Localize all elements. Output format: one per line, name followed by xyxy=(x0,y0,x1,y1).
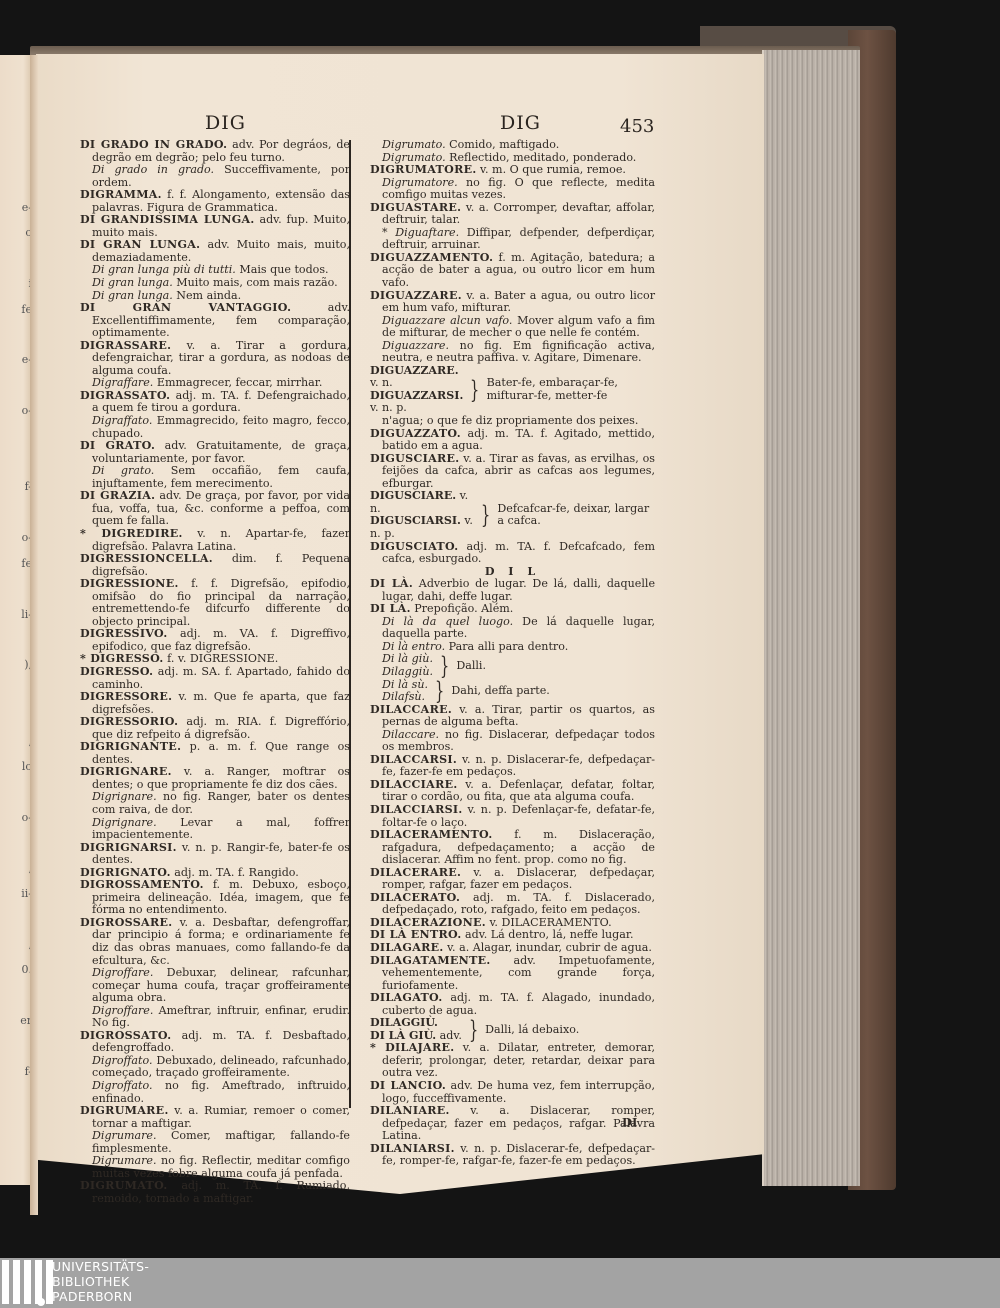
grouped-headwords: DIGUAZZARE. v. n.DIGUAZZARSI. v. n. p. xyxy=(370,365,463,415)
headword: DI LÀ ENTRO. xyxy=(370,928,462,941)
sub-entry: Digroffare. Debuxar, delinear, rafcunhar… xyxy=(80,967,350,1005)
sub-entry: Digraffato. Emmagrecido, feito magro, fe… xyxy=(80,415,350,440)
headword: DI GRATO. xyxy=(80,439,155,452)
headword: DIGRESSIONCELLA. xyxy=(80,552,213,565)
headword: DILANIARE. xyxy=(370,1104,450,1117)
headword: DIGRESSIVO. xyxy=(80,627,168,640)
brace-glyph: } xyxy=(481,505,490,525)
dictionary-entry: DILACCIARSI. v. n. p. Defenlaçar-fe, def… xyxy=(370,804,655,829)
facing-page: e- o i fe e- o- f- o- fe li- ), , lo o- … xyxy=(0,55,33,1185)
headword: DILACERAMENTO. xyxy=(370,828,493,841)
definition: v. DILACERAMENTO. xyxy=(486,916,612,929)
sub-entry: Di grato. Sem occafião, fem caufa, injuf… xyxy=(80,465,350,490)
definition: Dalli. xyxy=(456,660,486,673)
dictionary-entry: DI GRADO IN GRADO. adv. Por degráos, de … xyxy=(80,139,350,164)
headword: DIGUAZZATO. xyxy=(370,427,461,440)
definition: Bater-fe, embaraçar-fe, mifturar-fe, met… xyxy=(487,377,655,402)
headword: DILAGATAMENTE. xyxy=(370,954,491,967)
dictionary-entry: DIGRESSIONE. f. f. Digrefsão, epifodio, … xyxy=(80,578,350,628)
grouped-headwords: DIGUSCIARE. v. n.DIGUSCIARSI. v. n. p. xyxy=(370,490,474,540)
dictionary-entry: DIGUAZZARE. v. a. Bater a agua, ou outro… xyxy=(370,290,655,315)
grouped-headwords: DILAGGIÙ.DI LÀ GIÙ. adv. xyxy=(370,1017,462,1042)
headword: DIGUAZZARSI. xyxy=(370,389,463,402)
sub-entry: Diguazzare alcun vafo. Mover algum vafo … xyxy=(370,315,655,340)
running-head-left: DIG xyxy=(205,112,246,134)
italic-phrase: Digroffato. xyxy=(92,1079,152,1092)
definition: Defcafcar-fe, deixar, largar a cafca. xyxy=(497,503,655,528)
italic-phrase: Digroffato. xyxy=(92,1054,152,1067)
headword: DILACERATO. xyxy=(370,891,460,904)
sub-entry: Dilaccare. no fig. Dislacerar, defpedaça… xyxy=(370,729,655,754)
sub-entry: Di là da quel luogo. De lá daquelle luga… xyxy=(370,616,655,641)
dictionary-entry: DI GRATO. adv. Gratuitamente, de graça, … xyxy=(80,440,350,465)
dictionary-entry: DI LANCIO. adv. De huma vez, fem interru… xyxy=(370,1080,655,1105)
headword: DIGRIGNARE. xyxy=(80,765,172,778)
brace-glyph: } xyxy=(470,380,479,400)
dictionary-entry: * DIGREDIRE. v. n. Apartar-fe, fazer dig… xyxy=(80,528,350,553)
page-fore-edge xyxy=(762,50,860,1186)
headword: DI GRANDISSIMA LUNGA. xyxy=(80,213,255,226)
right-column: Digrumato. Comido, maftigado.Digrumato. … xyxy=(370,139,655,1168)
brace-glyph: } xyxy=(435,681,444,701)
headword: DI LÀ. xyxy=(370,602,411,615)
grouped-sub-entry: Di là sù.Dilafsù.}Dahi, deffa parte. xyxy=(370,679,655,704)
definition: Adverbio de lugar. De lá, dalli, daquell… xyxy=(382,577,655,603)
grouped-entry: DIGUSCIARE. v. n.DIGUSCIARSI. v. n. p.}D… xyxy=(370,490,655,540)
dictionary-entry: DIGRAMMA. f. f. Alongamento, extensão da… xyxy=(80,189,350,214)
headword: DIGROSSARE. xyxy=(80,916,172,929)
headword: DI GRAN VANTAGGIO. xyxy=(80,301,291,314)
headword-line: DIGUAZZARE. v. n. xyxy=(370,365,463,390)
italic-phrase: Dilaggiù. xyxy=(382,666,433,679)
headword: DIGRIGNANTE. xyxy=(80,740,181,753)
headword: DIGUSCIARE. xyxy=(370,489,456,502)
definition: Emmagrecer, feccar, mirrhar. xyxy=(153,376,322,389)
italic-phrase: * Diguaftare. xyxy=(382,226,459,239)
definition: Reflectido, meditado, ponderado. xyxy=(446,151,637,164)
sub-entry: Diguazzare. no fig. Em fignificação acti… xyxy=(370,340,655,365)
footer-bar xyxy=(0,1258,1000,1308)
logo-line-1: UNIVERSITÄTS- xyxy=(52,1259,149,1274)
headword: DIGRIGNATO. xyxy=(80,866,171,879)
italic-phrase: Diguazzare alcun vafo. xyxy=(382,314,512,327)
headword: DIGRESSO. xyxy=(80,665,153,678)
grouped-sub-entry: Di là giù.Dilaggiù.}Dalli. xyxy=(370,653,655,678)
definition: Muito mais, com mais razão. xyxy=(173,276,338,289)
italic-phrase: Digrignare. xyxy=(92,790,157,803)
dictionary-entry: DIGRASSATO. adj. m. TA. f. Defengraichad… xyxy=(80,390,350,415)
column-rule xyxy=(349,140,351,1108)
italic-phrase: Di gran lunga più di tutti. xyxy=(92,263,236,276)
headword: DIGUSCIARE. xyxy=(370,452,459,465)
italic-phrase: Digroffare. xyxy=(92,1004,153,1017)
headword: DIGRASSATO. xyxy=(80,389,170,402)
grammar: adv. xyxy=(436,1029,462,1042)
headword: DILAGARE. xyxy=(370,941,444,954)
dictionary-entry: DIGRESSO. adj. m. SA. f. Apartado, fahid… xyxy=(80,666,350,691)
italic-phrase: Digraffare. xyxy=(92,376,153,389)
dictionary-entry: DILANIARE. v. a. Dislacerar, romper, def… xyxy=(370,1105,655,1143)
headword: DIGUAZZAMENTO. xyxy=(370,251,493,264)
headword: DIGROSSAMENTO. xyxy=(80,878,204,891)
headword: DIGRAMMA. xyxy=(80,188,162,201)
library-logo-icon xyxy=(2,1260,53,1306)
dictionary-entry: DILACCARE. v. a. Tirar, partir os quarto… xyxy=(370,704,655,729)
definition: Prepofição. Além. xyxy=(411,602,514,615)
headword-line: DIGUAZZARSI. v. n. p. xyxy=(370,390,463,415)
dictionary-entry: DI LÀ. Adverbio de lugar. De lá, dalli, … xyxy=(370,578,655,603)
dictionary-entry: DILACCARSI. v. n. p. Dislacerar-fe, defp… xyxy=(370,754,655,779)
dictionary-entry: DIGROSSARE. v. a. Desbaftar, defengroffa… xyxy=(80,917,350,967)
headword: DIGUSCIATO. xyxy=(370,540,458,553)
sub-entry: Digrumare. no fig. Reflectir, meditar co… xyxy=(80,1155,350,1180)
definition: adv. Lá dentro, lá, neffe lugar. xyxy=(462,928,634,941)
grouped-phrases: Di là sù.Dilafsù. xyxy=(382,679,428,704)
dictionary-entry: * DILAJARE. v. a. Dilatar, entreter, dem… xyxy=(370,1042,655,1080)
headword: DILACCARSI. xyxy=(370,753,457,766)
headword: DIGUAZZARE. xyxy=(370,364,459,377)
dictionary-entry: DIGRIGNARE. v. a. Ranger, moftrar os den… xyxy=(80,766,350,791)
sub-entry: Digroffato. no fig. Ameftrado, inftruido… xyxy=(80,1080,350,1105)
italic-phrase: Digrumare. xyxy=(92,1129,157,1142)
headword: DIGRESSORIO. xyxy=(80,715,178,728)
sub-entry: Di grado in grado. Succeffivamente, por … xyxy=(80,164,350,189)
dictionary-entry: DIGROSSATO. adj. m. TA. f. Desbaftado, d… xyxy=(80,1030,350,1055)
dictionary-entry: DI GRAN VANTAGGIO. adv. Excellentiffimam… xyxy=(80,302,350,340)
dictionary-entry: DILACERARE. v. a. Dislacerar, defpedaçar… xyxy=(370,867,655,892)
headword: DIGRUMARE. xyxy=(80,1104,169,1117)
sub-entry: Digrignare. Levar a mal, foffrer impacie… xyxy=(80,817,350,842)
dictionary-entry: DIGRUMATO. adj. m. TA. f. Rumiado, remoi… xyxy=(80,1180,350,1205)
headword: DILACCIARE. xyxy=(370,778,458,791)
running-head-right: DIG xyxy=(500,112,541,134)
headword: DIGRESSORE. xyxy=(80,690,172,703)
headword: DIGUAZZARE. xyxy=(370,289,462,302)
dictionary-entry: DIGUSCIATO. adj. m. TA. f. Defcafcado, f… xyxy=(370,541,655,566)
definition: Mais que todos. xyxy=(236,263,329,276)
grammar: v. n. p. xyxy=(370,401,407,414)
dictionary-entry: DIGRASSARE. v. a. Tirar a gordura, defen… xyxy=(80,340,350,378)
sub-entry: * Diguaftare. Diffipar, defpender, defpe… xyxy=(370,227,655,252)
dictionary-entry: DIGUAZZAMENTO. f. m. Agitação, batedura;… xyxy=(370,252,655,290)
brace-glyph: } xyxy=(469,1020,478,1040)
headword-line: DIGUSCIARSI. v. n. p. xyxy=(370,515,474,540)
definition: adj. m. TA. f. Rangido. xyxy=(171,866,299,879)
headword: DI GRAN LUNGA. xyxy=(80,238,200,251)
italic-phrase: Digroffare. xyxy=(92,966,153,979)
headword: * DIGRESSO. xyxy=(80,652,164,665)
brace-glyph: } xyxy=(440,656,449,676)
headword: DILAGATO. xyxy=(370,991,443,1004)
italic-phrase: Di grato. xyxy=(92,464,154,477)
headword: * DILAJARE. xyxy=(370,1041,454,1054)
dictionary-entry: DIGRESSIVO. adj. m. VA. f. Digreffivo, e… xyxy=(80,628,350,653)
sub-entry: Digrignare. no fig. Ranger, bater os den… xyxy=(80,791,350,816)
dictionary-entry: DI GRANDISSIMA LUNGA. adv. fup. Muito, m… xyxy=(80,214,350,239)
definition: f. v. DIGRESSIONE. xyxy=(164,652,279,665)
headword: DIGUSCIARSI. xyxy=(370,514,461,527)
library-logo-text: UNIVERSITÄTS- BIBLIOTHEK PADERBORN xyxy=(52,1259,149,1304)
dictionary-entry: DIGUAZZATO. adj. m. TA. f. Agitado, mett… xyxy=(370,428,655,453)
headword: DIGRUMATO. xyxy=(80,1179,168,1192)
italic-phrase: Digrumare. xyxy=(92,1154,157,1167)
italic-phrase: Di là da quel luogo. xyxy=(382,615,513,628)
headword: DI GRADO IN GRADO. xyxy=(80,138,227,151)
dictionary-entry: DILAGATAMENTE. adv. Impetuofamente, vehe… xyxy=(370,955,655,993)
definition: Dalli, lá debaixo. xyxy=(485,1024,579,1037)
headword: DI LÀ GIÙ. xyxy=(370,1029,436,1042)
page-number: 453 xyxy=(620,116,654,137)
dictionary-entry: DI GRAZIA. adv. De graça, por favor, por… xyxy=(80,490,350,528)
dictionary-entry: DI GRAN LUNGA. adv. Muito mais, muito, d… xyxy=(80,239,350,264)
dictionary-entry: DIGRIGNARSI. v. n. p. Rangir-fe, bater-f… xyxy=(80,842,350,867)
dictionary-entry: DILACERATO. adj. m. TA. f. Dislacerado, … xyxy=(370,892,655,917)
grouped-entry: DILAGGIÙ.DI LÀ GIÙ. adv.}Dalli, lá debai… xyxy=(370,1017,655,1042)
dictionary-entry: DIGUASTARE. v. a. Corromper, devaftar, a… xyxy=(370,202,655,227)
italic-phrase: Digrumatore. xyxy=(382,176,458,189)
headword: DILACERAZIONE. xyxy=(370,916,486,929)
italic-phrase: Di gran lunga. xyxy=(92,276,173,289)
dictionary-entry: DILACERAMENTO. f. m. Dislaceração, rafga… xyxy=(370,829,655,867)
grammar: v. n. xyxy=(370,376,393,389)
headword: DILACERARE. xyxy=(370,866,461,879)
italic-phrase: Di là entro. xyxy=(382,640,445,653)
logo-line-3: PADERBORN xyxy=(52,1289,149,1304)
logo-dot-icon xyxy=(37,1298,45,1306)
dictionary-entry: DILANIARSI. v. n. p. Dislacerar-fe, defp… xyxy=(370,1143,655,1168)
headword: DIGRUMATORE. xyxy=(370,163,477,176)
italic-phrase: Di grado in grado. xyxy=(92,163,214,176)
italic-phrase: Diguazzare. xyxy=(382,339,449,352)
grouped-phrases: Di là giù.Dilaggiù. xyxy=(382,653,433,678)
headword: DIGRIGNARSI. xyxy=(80,841,177,854)
sub-entry: Digrumatore. no fig. O que reflecte, med… xyxy=(370,177,655,202)
headword-line: DIGUSCIARE. v. n. xyxy=(370,490,474,515)
dictionary-entry: DIGUSCIARE. v. a. Tirar as favas, as erv… xyxy=(370,453,655,491)
headword: DILAGGIÙ. xyxy=(370,1016,438,1029)
left-column: DI GRADO IN GRADO. adv. Por degráos, de … xyxy=(80,139,350,1205)
dictionary-entry: DIGRESSORE. v. m. Que fe aparta, que faz… xyxy=(80,691,350,716)
definition: Comido, maftigado. xyxy=(446,138,560,151)
dictionary-entry: DIGRESSORIO. adj. m. RIA. f. Digreffório… xyxy=(80,716,350,741)
italic-phrase: Dilaccare. xyxy=(382,728,439,741)
italic-phrase: Digrumato. xyxy=(382,138,446,151)
dictionary-entry: DIGRESSIONCELLA. dim. f. Pequena digrefs… xyxy=(80,553,350,578)
definition: v. m. O que rumia, remoe. xyxy=(477,163,626,176)
headword: DIGROSSATO. xyxy=(80,1029,171,1042)
headword: DIGRESSIONE. xyxy=(80,577,179,590)
dictionary-entry: DILACCIARE. v. a. Defenlaçar, defatar, f… xyxy=(370,779,655,804)
headword: DI LANCIO. xyxy=(370,1079,446,1092)
sub-entry: Digroffare. Ameftrar, inftruir, enfinar,… xyxy=(80,1005,350,1030)
logo-line-2: BIBLIOTHEK xyxy=(52,1274,149,1289)
dictionary-entry: DILAGATO. adj. m. TA. f. Alagado, inunda… xyxy=(370,992,655,1017)
facing-page-fragments: e- o i fe e- o- f- o- fe li- ), , lo o- … xyxy=(0,195,32,1084)
headword: DIGRASSARE. xyxy=(80,339,171,352)
definition: v. a. Alagar, inundar, cubrir de agua. xyxy=(444,941,652,954)
italic-phrase: Di gran lunga. xyxy=(92,289,173,302)
italic-phrase: Digrumato. xyxy=(382,151,446,164)
definition: Para alli para dentro. xyxy=(445,640,568,653)
grouped-entry: DIGUAZZARE. v. n.DIGUAZZARSI. v. n. p.}B… xyxy=(370,365,655,415)
dictionary-entry: DIGRUMARE. v. a. Rumiar, remoer o comer,… xyxy=(80,1105,350,1130)
headword: DILANIARSI. xyxy=(370,1142,455,1155)
dictionary-entry: DIGROSSAMENTO. f. m. Debuxo, esboço, pri… xyxy=(80,879,350,917)
headword: DILACCIARSI. xyxy=(370,803,463,816)
sub-entry: Digrumare. Comer, maftigar, fallando-fe … xyxy=(80,1130,350,1155)
book-gutter xyxy=(30,55,38,1215)
definition: Nem ainda. xyxy=(173,289,241,302)
headword: * DIGREDIRE. xyxy=(80,527,183,540)
headword: DIGUASTARE. xyxy=(370,201,461,214)
definition: Dahi, deffa parte. xyxy=(451,685,550,698)
catchword: DI xyxy=(622,1115,637,1129)
italic-phrase: Digrignare. xyxy=(92,816,157,829)
dictionary-entry: DIGRIGNANTE. p. a. m. f. Que range os de… xyxy=(80,741,350,766)
headword: DI GRAZIA. xyxy=(80,489,155,502)
sub-entry: Digroffato. Debuxado, delineado, rafcunh… xyxy=(80,1055,350,1080)
italic-phrase: Digraffato. xyxy=(92,414,152,427)
headword: DI LÀ. xyxy=(370,577,413,590)
